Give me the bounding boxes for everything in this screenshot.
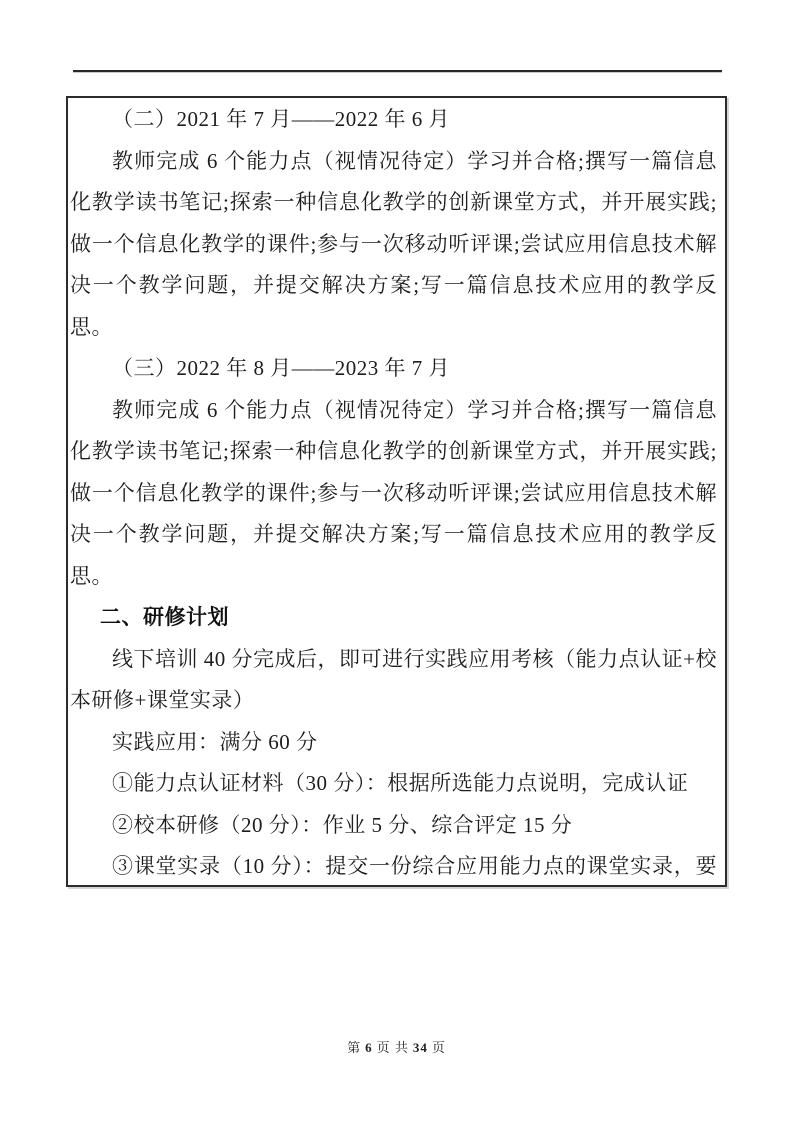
para-practice-score: 实践应用：满分 60 分 bbox=[70, 722, 717, 764]
para-period-2-dates: （二）2021 年 7 月——2022 年 6 月 bbox=[70, 99, 717, 141]
current-page-number: 6 bbox=[365, 1040, 373, 1055]
header-rule bbox=[73, 70, 722, 73]
item-classroom-recording: ③课堂实录（10 分）：提交一份综合应用能力点的课堂实录，要求视频为 MP4 格… bbox=[70, 846, 717, 887]
heading-research-plan: 二、研修计划 bbox=[70, 597, 717, 639]
page-footer: 第6页 共34页 bbox=[0, 1040, 793, 1056]
para-period-3-dates: （三）2022 年 8 月——2023 年 7 月 bbox=[70, 348, 717, 390]
para-period-2-tasks: 教师完成 6 个能力点（视情况待定）学习并合格;撰写一篇信息化教学读书笔记;探索… bbox=[70, 141, 717, 349]
item-ability-cert-materials: ①能力点认证材料（30 分）：根据所选能力点说明，完成认证 bbox=[70, 763, 717, 805]
content-box: （二）2021 年 7 月——2022 年 6 月 教师完成 6 个能力点（视情… bbox=[66, 96, 727, 887]
footer-middle: 页 共 bbox=[377, 1040, 409, 1055]
item-school-based-research: ②校本研修（20 分）：作业 5 分、综合评定 15 分 bbox=[70, 805, 717, 847]
footer-suffix: 页 bbox=[432, 1040, 446, 1055]
para-period-3-tasks: 教师完成 6 个能力点（视情况待定）学习并合格;撰写一篇信息化教学读书笔记;探索… bbox=[70, 390, 717, 598]
footer-prefix: 第 bbox=[347, 1040, 361, 1055]
para-offline-training: 线下培训 40 分完成后，即可进行实践应用考核（能力点认证+校本研修+课堂实录） bbox=[70, 639, 717, 722]
document-page: （二）2021 年 7 月——2022 年 6 月 教师完成 6 个能力点（视情… bbox=[0, 0, 793, 1122]
total-page-count: 34 bbox=[413, 1040, 428, 1055]
